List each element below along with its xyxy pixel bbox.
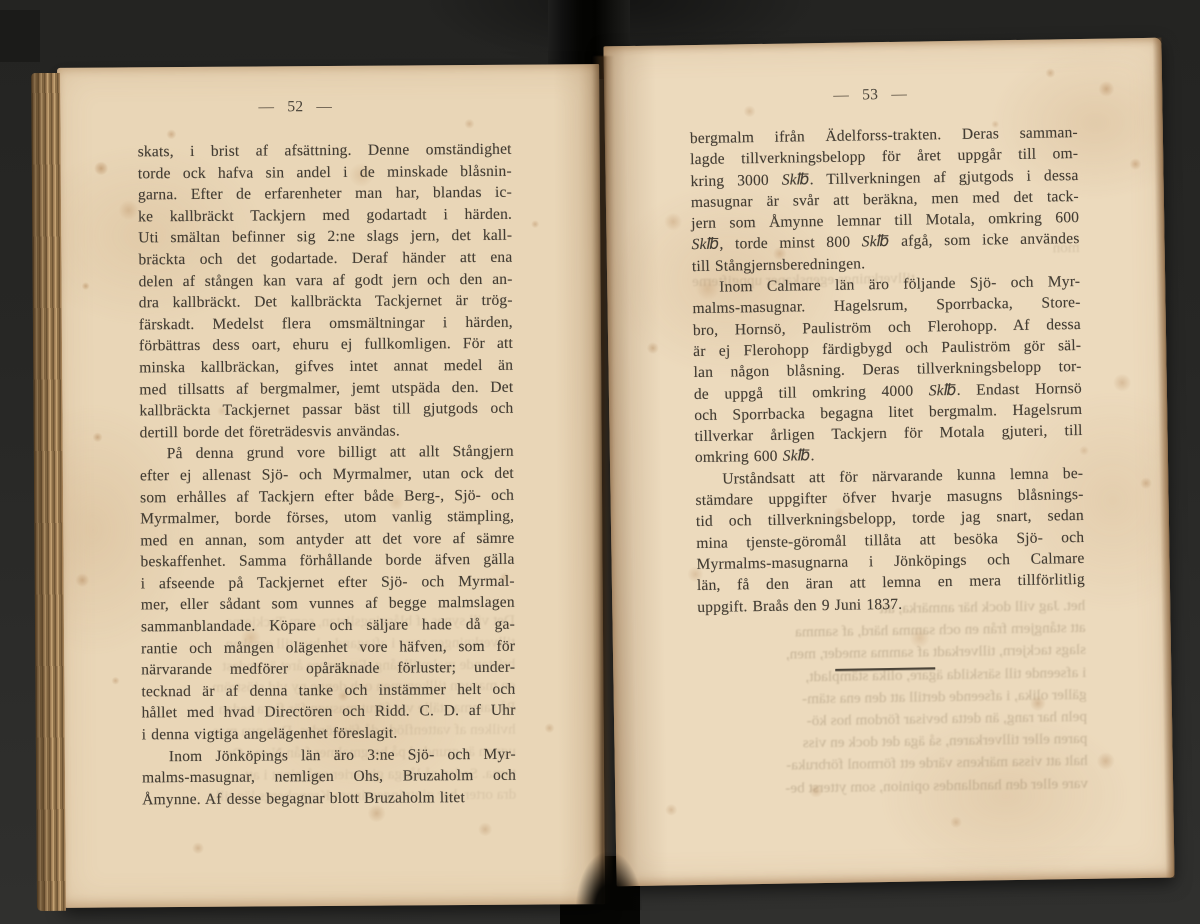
page-edge-stack	[31, 73, 66, 911]
text-line: hållet med hvad Directören och Ridd. C. …	[142, 700, 516, 724]
text-line: Uti smältan befinner sig 2:ne slags jern…	[138, 225, 512, 249]
page-text: skats, i brist af afsättning. Denne omst…	[138, 139, 517, 811]
text-line: i afseende på Tackjernet efter Sjö- och …	[141, 571, 515, 595]
text-line: med tillsatts af bergmalmer, jemt utspäd…	[139, 376, 513, 400]
right-page: mon tillverknings egenskaper uppgifterne…	[603, 38, 1174, 887]
text-line: i denna vigtiga angelägenhet föreslagit.	[142, 722, 516, 746]
text-line: rantie och mången olägenhet vore häfven,…	[141, 635, 515, 659]
text-line: färskadt. Medelst flera omsmältningar i …	[139, 311, 513, 335]
bleedthrough-line: vare eller den handlandes opinion, som y…	[700, 773, 1088, 801]
background-shadow-patch	[0, 10, 40, 62]
text-line: minska kallbräckan, gifves intet annat m…	[139, 355, 513, 379]
bleedthrough-line: slags tackjern, tillverkadt af samma sme…	[698, 639, 1086, 667]
text-line: Inom Jönköpings län äro 3:ne Sjö- och My…	[142, 743, 516, 767]
bleedthrough-line: att stångjern från en och samma härd, af…	[698, 617, 1086, 645]
text-line: Åmynne. Af desse begagnar blott Bruzahol…	[142, 787, 516, 811]
text-line: tecknad är af denna tanke och instämmer …	[141, 679, 515, 703]
bleedthrough-text: het. Jag vill dock här anmärka, attatt s…	[697, 595, 1088, 801]
text-line: ke kallbräckt Tackjern med godartadt i h…	[138, 204, 512, 228]
text-line: delen af stången kan vara af godt jern o…	[138, 268, 512, 292]
text-line: På denna grund vore billigt att allt Stå…	[140, 441, 514, 465]
page-outer-edge	[1152, 38, 1174, 878]
text-line: Myrmalmer, borde förses, utom vanlig stä…	[140, 506, 514, 530]
text-line: som erhålles af Tackjern efter både Berg…	[140, 484, 514, 508]
section-divider-rule	[835, 667, 935, 671]
text-line: förbättras dess oart, ehuru ej fullkomli…	[139, 333, 513, 357]
header-dash: —	[833, 87, 849, 104]
left-page: Det vill synas af blåsningslistan, som T…	[57, 64, 605, 908]
text-line: efter ej allenast Sjö- och Myrmalmer, ut…	[140, 463, 514, 487]
text-line: sammanblandade. Köpare och säljare hade …	[141, 614, 515, 638]
gutter-bottom-shadow	[576, 852, 642, 910]
page-header: —52—	[108, 97, 482, 118]
header-dash: —	[258, 98, 274, 115]
bleedthrough-line: peln har rang, än detta bevisar fördom h…	[699, 706, 1087, 734]
text-line: mer, eller sådant som vunnes af begge ma…	[141, 592, 515, 616]
header-dash: —	[316, 98, 332, 115]
text-line: dertill borde det företrädesvis användas…	[140, 419, 514, 443]
text-line: kallbräckta Tackjernet passar bäst till …	[139, 398, 513, 422]
page-number: 53	[862, 86, 878, 103]
book-photo: Det vill synas af blåsningslistan, som T…	[0, 0, 1200, 924]
text-line: beskaffenhet. Samma förhållande borde äf…	[140, 549, 514, 573]
header-dash: —	[891, 86, 907, 103]
page-number: 52	[287, 98, 303, 115]
text-line: skats, i brist af afsättning. Denne omst…	[138, 139, 512, 163]
text-line: bräckta och det godartade. Deraf händer …	[138, 247, 512, 271]
bleedthrough-line: paren eller tillverkaren, så äga det doc…	[699, 728, 1087, 756]
text-line: garna. Efter de erfarenheter man har, bl…	[138, 182, 512, 206]
bleedthrough-line: halt att vissa märkens värde ett förmonl…	[700, 750, 1088, 778]
text-line: malms-masugnar, nemligen Ohs, Bruzaholm …	[142, 765, 516, 789]
page-header: —53—	[676, 83, 1064, 107]
text-line: torde ock hafva sin andel i de minskade …	[138, 160, 512, 184]
bleedthrough-line: i afseende till särskilda ägare, olika s…	[698, 662, 1086, 690]
book-gutter	[592, 56, 614, 904]
text-line: närvarande medförer opåräknade förluster…	[141, 657, 515, 681]
page-text: bergmalm ifrån Ädelforss-trakten. Deras …	[690, 122, 1086, 618]
text-line: med en annan, som antyder att det vore a…	[140, 527, 514, 551]
bleedthrough-line: gäller olika, i afseende dertill att den…	[699, 684, 1087, 712]
text-line: dra kallbräckt. Det kallbräckta Tackjern…	[139, 290, 513, 314]
